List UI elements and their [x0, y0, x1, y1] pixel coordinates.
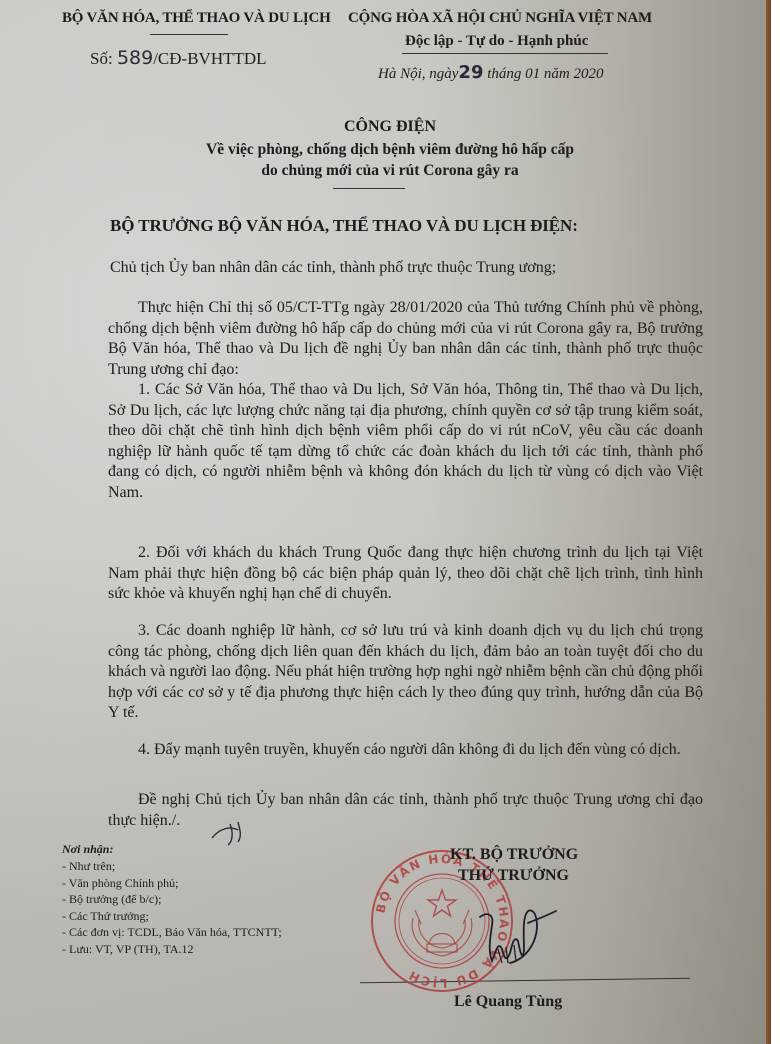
signer-name: Lê Quang Tùng [454, 993, 562, 1011]
recipients-list: - Như trên; - Văn phòng Chính phủ; - Bộ … [62, 858, 282, 957]
initial-mark-icon [208, 816, 268, 846]
document-page: BỘ VĂN HÓA, THỂ THAO VÀ DU LỊCH Số: 589/… [0, 0, 768, 1044]
date-suffix: tháng 01 năm 2020 [487, 66, 603, 82]
doc-number-handwritten: 589 [117, 47, 153, 69]
recipients-title: Nơi nhận: [62, 842, 113, 857]
subtitle-underline [333, 188, 405, 189]
date-prefix: Hà Nội, ngày [378, 66, 458, 82]
directive-item-3: 3. Các doanh nghiệp lữ hành, cơ sở lưu t… [108, 621, 703, 724]
ministry-underline [150, 34, 228, 35]
directive-item-4: 4. Đẩy mạnh tuyên truyền, khuyến cáo ngư… [108, 740, 703, 761]
sender-heading: BỘ TRƯỞNG BỘ VĂN HÓA, THỂ THAO VÀ DU LỊC… [110, 216, 578, 236]
signer-title-line2: THỨ TRƯỞNG [458, 867, 569, 885]
recipient-item: - Như trên; [62, 858, 282, 875]
document-number: Số: 589/CĐ-BVHTTDL [90, 47, 267, 69]
date-day-handwritten: 29 [458, 62, 483, 83]
photo-edge-border [766, 0, 771, 1044]
document-subtitle-line2: do chủng mới của vi rút Corona gây ra [0, 162, 780, 180]
motto-underline [402, 53, 608, 54]
document-subtitle-line1: Về việc phòng, chống dịch bệnh viêm đườn… [0, 141, 780, 159]
handwritten-signature-icon [478, 905, 558, 970]
ministry-name: BỘ VĂN HÓA, THỂ THAO VÀ DU LỊCH [62, 10, 331, 27]
directive-item-2: 2. Đối với khách du khách Trung Quốc đan… [108, 543, 703, 605]
intro-paragraph: Thực hiện Chỉ thị số 05/CT-TTg ngày 28/0… [108, 298, 703, 380]
national-motto: Độc lập - Tự do - Hạnh phúc [405, 33, 588, 50]
country-name: CỘNG HÒA XÃ HỘI CHỦ NGHĨA VIỆT NAM [348, 10, 652, 27]
closing-paragraph: Đề nghị Chủ tịch Ủy ban nhân dân các tỉn… [108, 790, 703, 831]
recipient-item: - Các đơn vị: TCDL, Báo Văn hóa, TTCNTT; [62, 924, 282, 941]
recipient-item: - Văn phòng Chính phủ; [62, 875, 282, 892]
recipient-item: - Bộ trưởng (để b/c); [62, 891, 282, 908]
document-title: CÔNG ĐIỆN [0, 118, 780, 136]
document-date: Hà Nội, ngày29 tháng 01 năm 2020 [378, 62, 603, 83]
addressee: Chủ tịch Ủy ban nhân dân các tỉnh, thành… [110, 259, 556, 277]
directive-item-1: 1. Các Sở Văn hóa, Thể thao và Du lịch, … [108, 380, 703, 503]
doc-number-prefix: Số: [90, 49, 113, 68]
recipient-item: - Lưu: VT, VP (TH), TA.12 [62, 941, 282, 958]
recipient-item: - Các Thứ trưởng; [62, 908, 282, 925]
signer-title-line1: KT. BỘ TRƯỞNG [450, 846, 578, 864]
doc-number-suffix: /CĐ-BVHTTDL [153, 49, 266, 68]
